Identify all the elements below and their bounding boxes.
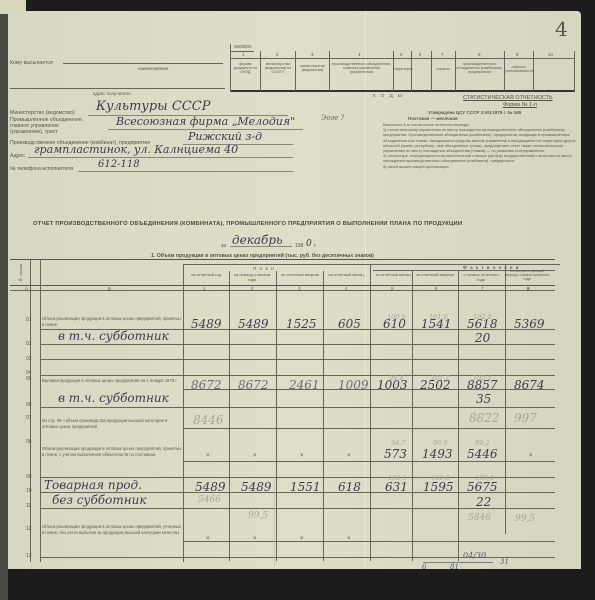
- cell-na-mark: ×: [300, 536, 304, 542]
- column-header: за отчетный месяц: [375, 273, 411, 278]
- col-divider: [229, 271, 230, 561]
- col-divider: [412, 271, 413, 561]
- cell-value: 1493: [422, 447, 453, 461]
- column-number: 6: [435, 286, 438, 292]
- row-number: 05: [26, 376, 32, 382]
- row-number: 09: [26, 474, 32, 480]
- plan-header: П л а н: [253, 266, 275, 272]
- cell-percent: 102,1: [473, 374, 492, 382]
- instruction-line: 1) статистическому управлению по месту н…: [383, 127, 578, 153]
- code-col-number: 3: [311, 52, 314, 58]
- name-caption: наименование: [138, 66, 168, 72]
- code-col-number: 7: [441, 52, 444, 58]
- frequency-label: Почтовая — месячная: [408, 116, 458, 122]
- row-description-handwritten: в т.ч. субботник: [58, 391, 169, 405]
- codes-rule: [230, 58, 575, 59]
- cell-value: 1525: [286, 317, 317, 331]
- row-number: 01: [26, 317, 32, 323]
- codes-divider: [411, 51, 412, 91]
- codes-label: К О Д Ы: [373, 93, 404, 99]
- row-rule: [183, 541, 555, 542]
- col-divider: [370, 264, 371, 561]
- cell-na-mark: ×: [206, 453, 210, 459]
- row-number: 07: [26, 415, 32, 421]
- column-header: за отчетный квартал: [414, 273, 456, 278]
- row-description: Объем реализации продукции в оптовых цен…: [42, 316, 182, 327]
- instruction-line: 3) своей вышестоящей организации.: [383, 164, 578, 169]
- column-header: на отчетный месяц: [324, 273, 368, 278]
- row-description: Из стр. 05—объем производства продукции …: [42, 418, 182, 429]
- row-number: 10: [26, 488, 32, 494]
- cell-value: 5489: [195, 480, 226, 494]
- column-header: за соответствующий период с начала прошл…: [504, 270, 550, 281]
- cell-value-faint: 8446: [193, 413, 224, 427]
- table-col-number-rule: [10, 290, 555, 291]
- send-to-line: [63, 63, 223, 64]
- codes-divider: [431, 51, 432, 91]
- column-number: 7: [481, 286, 484, 292]
- cell-value-faint: 997: [514, 411, 537, 425]
- cell-value: 5446: [467, 447, 498, 461]
- form-number: Форма № 1-п: [503, 102, 537, 108]
- cell-value: 5489: [241, 480, 272, 494]
- association-label: Промышленное объединение, главное управл…: [10, 117, 90, 135]
- row-description-handwritten: в т.ч. субботник: [58, 329, 169, 343]
- codes-divider: [329, 51, 330, 91]
- cell-value-faint: 99,5: [248, 511, 268, 521]
- col-divider: [323, 271, 324, 561]
- document-page: 4 Кому высылается наименование адрес пол…: [8, 11, 581, 569]
- period-month: декабрь: [232, 233, 283, 247]
- cell-na-mark: ×: [300, 453, 304, 459]
- period-prefix: за: [221, 243, 226, 249]
- code-col-number: 8: [478, 52, 481, 58]
- stamp-top: 04/30: [463, 551, 486, 560]
- row-number: 12: [26, 526, 32, 532]
- cell-percent: 103,4: [475, 474, 494, 482]
- period-year-prefix: 198: [295, 243, 303, 249]
- cell-value: 8672: [238, 378, 269, 392]
- col-divider: [183, 264, 184, 562]
- code-col-number: 1: [242, 52, 245, 58]
- col-b-header: Б: [108, 286, 111, 292]
- code-col-number: 5: [400, 52, 403, 58]
- cell-value: 573: [384, 447, 407, 461]
- col-a-header: А: [25, 286, 28, 292]
- codes-divider: [230, 44, 231, 92]
- row-number: 13: [26, 553, 32, 559]
- row-rule: [183, 428, 555, 429]
- code-col-number: 4: [358, 52, 361, 58]
- column-header: с начала отчетного года: [460, 273, 502, 282]
- column-number: 1: [203, 286, 206, 292]
- column-header: на отчетный квартал: [278, 273, 322, 278]
- address-value-line: [28, 157, 293, 158]
- cell-percent: 102,1: [388, 474, 407, 482]
- column-number: 2: [251, 286, 254, 292]
- code-col-label: территории: [394, 67, 411, 71]
- report-title: ОТЧЕТ ПРОИЗВОДСТВЕННОГО ОБЪЕДИНЕНИЯ (КОМ…: [33, 221, 462, 227]
- col-divider: [458, 271, 459, 561]
- code-col-label: производственного объединения, главного …: [331, 62, 392, 75]
- cell-percent: 102,8: [431, 474, 450, 482]
- row-rule: [40, 407, 555, 408]
- cell-value: 618: [338, 480, 361, 494]
- column-number: 8: [527, 286, 530, 292]
- stamp-middle: 81: [450, 563, 459, 571]
- codes-divider: [574, 51, 575, 91]
- col-divider: [505, 264, 506, 534]
- stamp-left: 6: [422, 563, 426, 571]
- row-number: 03: [26, 356, 32, 362]
- cell-na-mark: ×: [253, 453, 257, 459]
- row-description-handwritten: без субботник: [52, 493, 147, 507]
- cell-value: 1551: [290, 480, 321, 494]
- cell-value: 20: [475, 331, 490, 345]
- cell-value: 605: [338, 317, 361, 331]
- approval-note: Утверждена ЦСУ СССР 3.VIII.1979 г. № 346: [428, 110, 521, 116]
- code-col-number: 10: [548, 52, 553, 58]
- cell-value-faint: 8822: [469, 411, 500, 425]
- code-col-number: 9: [516, 52, 519, 58]
- codes-rule: [230, 90, 575, 92]
- row-description: Объем реализации продукции в оптовых цен…: [42, 446, 182, 457]
- row-description: Объем реализации продукции в оптовых цен…: [42, 524, 182, 535]
- period-year-digit: 0: [306, 239, 312, 249]
- cell-value: 8674: [514, 378, 545, 392]
- cell-percent: 101,7: [431, 374, 450, 382]
- enterprise-value: Рижский з-д: [188, 130, 262, 143]
- cell-na-mark: ×: [347, 536, 351, 542]
- okpo-code: 0606000: [234, 44, 252, 50]
- phone-value: 612-118: [98, 159, 140, 170]
- address-line: [10, 88, 225, 89]
- column-number: 3: [298, 286, 301, 292]
- cell-value-faint: 5466: [198, 495, 221, 505]
- table-header-rule: [10, 285, 555, 286]
- column-number: 5: [391, 286, 394, 292]
- cell-percent: 99,4: [389, 374, 403, 382]
- row-rule: [40, 359, 555, 360]
- cell-value-faint: 5846: [468, 513, 491, 523]
- cell-value: 2461: [289, 378, 320, 392]
- codes-divider: [393, 51, 394, 91]
- association-value: Всесоюзная фирма „Мелодия": [116, 115, 295, 128]
- phone-label: № телефона исполнителя: [10, 166, 73, 172]
- instructions: Высылают 3-го числа после отчетного пери…: [383, 122, 578, 169]
- ministry-value: Культуры СССР: [96, 99, 210, 114]
- cell-value: 631: [385, 480, 408, 494]
- cell-value-faint: 99,5: [515, 514, 535, 524]
- cell-value: 8672: [191, 378, 222, 392]
- period-suffix: г.: [314, 243, 317, 249]
- margin-note: Эоге ?: [321, 114, 344, 122]
- code-col-number: 6: [419, 52, 422, 58]
- cell-percent: 100,8: [387, 313, 406, 321]
- phone-line: [78, 171, 293, 172]
- code-col-label: министерства (ведомства) по СООГУ: [262, 62, 294, 75]
- cell-value: 5369: [514, 317, 545, 331]
- code-col-label: формы документа по ОКУД: [232, 62, 259, 75]
- row-number: 02: [26, 341, 32, 347]
- cell-percent: 96,9: [433, 439, 447, 447]
- cell-percent: 99,2: [475, 439, 489, 447]
- address-caption: адрес получателя: [93, 91, 131, 97]
- code-col-number: 2: [276, 52, 279, 58]
- code-col-label: отрасли: [432, 67, 454, 71]
- page-number: 4: [555, 17, 568, 41]
- period-line: [230, 246, 292, 247]
- cell-value: 1009: [338, 378, 369, 392]
- cell-percent: 94,7: [391, 439, 405, 447]
- cell-percent: 101,0: [429, 313, 448, 321]
- col-divider: [40, 260, 41, 562]
- stamp-right: 31: [500, 558, 509, 566]
- row-description: Валовая продукция в оптовых ценах предпр…: [42, 378, 182, 384]
- row-number: 08: [26, 439, 32, 445]
- row-description-handwritten: Товарная прод.: [44, 478, 142, 492]
- table-top-rule: [10, 259, 555, 260]
- send-to-label: Кому высылается: [10, 60, 53, 66]
- cell-value: 35: [476, 392, 491, 406]
- cell-value: 5489: [238, 317, 269, 331]
- code-col-label: производственного объединения (комбината…: [456, 62, 503, 75]
- ministry-label: Министерство (ведомство): [10, 110, 75, 116]
- row-number: 11: [26, 503, 31, 509]
- binder-edge: [0, 0, 8, 600]
- address-value: грампластинок, ул. Калнциема 40: [34, 143, 238, 156]
- cell-na-mark: ×: [206, 536, 210, 542]
- codes-divider: [260, 51, 261, 91]
- cell-percent: 102,4: [473, 313, 492, 321]
- code-col-label: отрасли (специальности): [505, 65, 532, 73]
- code-col-label: министерства (ведомства): [297, 64, 328, 72]
- col-divider: [30, 260, 31, 562]
- cell-value: 1595: [423, 480, 454, 494]
- cell-value: 5675: [467, 480, 498, 494]
- statistical-reporting-label: СТАТИСТИЧЕСКАЯ ОТЧЕТНОСТЬ: [463, 95, 553, 101]
- cell-na-mark: ×: [253, 536, 257, 542]
- row-number: 06: [26, 402, 32, 408]
- cell-na-mark: ×: [347, 453, 351, 459]
- cell-value: 22: [476, 495, 491, 509]
- column-number: 4: [345, 286, 348, 292]
- instruction-line: 2) инспектуре, информационно-вычислитель…: [383, 153, 578, 163]
- column-header: на отчетный год: [185, 273, 227, 278]
- cell-value: 5489: [191, 317, 222, 331]
- cell-na-mark: ×: [529, 453, 533, 459]
- row-rule: [183, 461, 555, 462]
- col-divider: [276, 271, 277, 561]
- codes-divider: [295, 51, 296, 91]
- column-header: на период с начала года: [230, 273, 274, 282]
- rowno-header: № строки: [18, 264, 24, 282]
- address-field-label: Адрес: [10, 153, 25, 159]
